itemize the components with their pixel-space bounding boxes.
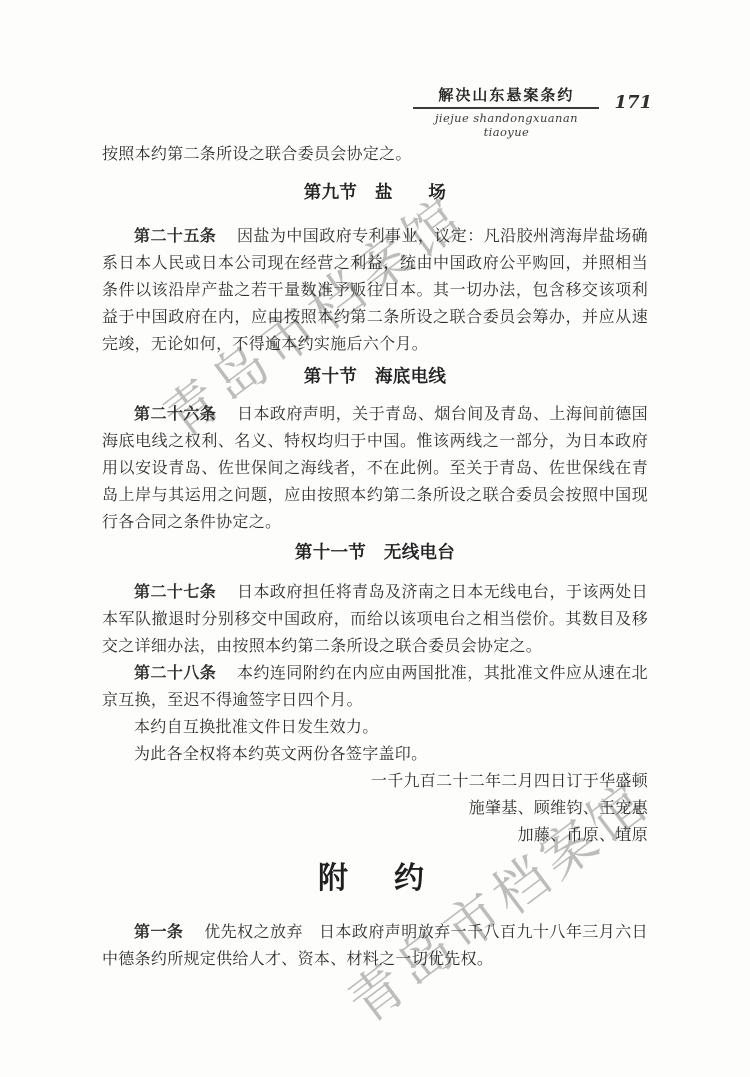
annex-article-1-subtitle: 优先权之放弃 bbox=[204, 922, 303, 941]
annex-article-1-text: 日本政府声明放弃一千八百九十八年三月六日中德条约所规定供给人才、资本、材料之一切… bbox=[102, 922, 648, 968]
article-26-label: 第二十六条 bbox=[134, 404, 216, 423]
effective-date-line: 本约自互换批准文件日发生效力。 bbox=[102, 713, 648, 740]
article-25-text: 因盐为中国政府专利事业，议定：凡沿胶州湾海岸盐场确系日本人民或日本公司现在经营之… bbox=[102, 226, 648, 353]
chinese-delegates: 施肇基、顾维钧、王宠惠 bbox=[102, 794, 648, 821]
article-25-label: 第二十五条 bbox=[134, 226, 216, 245]
signing-date-place: 一千九百二十二年二月四日订于华盛顿 bbox=[102, 767, 648, 794]
continuation-line: 按照本约第二条所设之联合委员会协定之。 bbox=[102, 140, 648, 167]
scanned-document-page: 青岛市档案馆 青岛市档案馆 解决山东悬案条约 jiejue shandongxu… bbox=[0, 0, 750, 1077]
article-27: 第二十七条日本政府担任将青岛及济南之日本无线电台，于该两处日本军队撤退时分别移交… bbox=[102, 578, 648, 659]
article-25: 第二十五条因盐为中国政府专利事业，议定：凡沿胶州湾海岸盐场确系日本人民或日本公司… bbox=[102, 222, 648, 357]
annex-article-1: 第一条优先权之放弃日本政府声明放弃一千八百九十八年三月六日中德条约所规定供给人才… bbox=[102, 918, 648, 972]
section-11-heading: 第十一节 无线电台 bbox=[102, 540, 648, 567]
annex-article-1-label: 第一条 bbox=[134, 922, 183, 941]
annex-heading: 附 约 bbox=[102, 860, 648, 898]
section-10-heading: 第十节 海底电线 bbox=[102, 364, 648, 391]
article-28-label: 第二十八条 bbox=[134, 663, 216, 682]
treaty-body: 按照本约第二条所设之联合委员会协定之。 第九节 盐 场 第二十五条因盐为中国政府… bbox=[102, 0, 648, 972]
article-26-text: 日本政府声明，关于青岛、烟台间及青岛、上海间前德国海底电线之权利、名义、特权均归… bbox=[102, 404, 648, 531]
japanese-delegates: 加藤、币原、埴原 bbox=[102, 821, 648, 848]
article-27-label: 第二十七条 bbox=[134, 582, 216, 601]
section-9-heading: 第九节 盐 场 bbox=[102, 180, 648, 207]
article-28: 第二十八条本约连同附约在内应由两国批准，其批准文件应从速在北京互换，至迟不得逾签… bbox=[102, 659, 648, 713]
signature-seal-line: 为此各全权将本约英文两份各签字盖印。 bbox=[102, 740, 648, 767]
article-26: 第二十六条日本政府声明，关于青岛、烟台间及青岛、上海间前德国海底电线之权利、名义… bbox=[102, 400, 648, 535]
